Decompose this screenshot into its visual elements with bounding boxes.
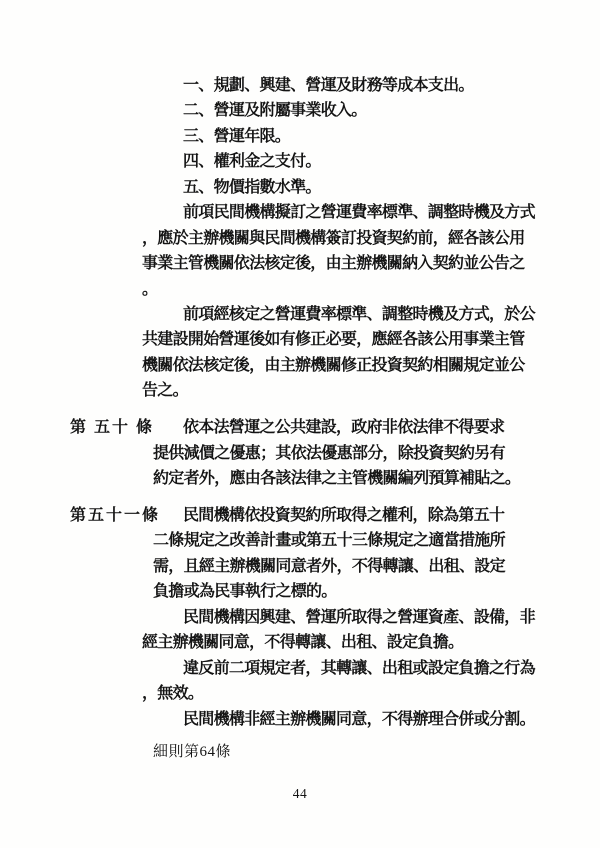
document-page: 一、規劃、興建、營運及財務等成本支出。二、營運及附屬事業收入。三、營運年限。四、… — [0, 0, 600, 848]
document-text-flow: 一、規劃、興建、營運及財務等成本支出。二、營運及附屬事業收入。三、營運年限。四、… — [0, 73, 600, 765]
paragraph-first-line: 前項民間機構擬訂之營運費率標準、調整時機及方式 — [0, 200, 600, 225]
article-wrap-line: 二條規定之改善計畫或第五十三條規定之適當措施所 — [0, 528, 600, 553]
article-first-line: 第 五十 條依本法營運之公共建設，政府非依法律不得要求 — [0, 415, 600, 440]
line-text: 提供減價之優惠；其依法優惠部分，除投資契約另有 — [153, 445, 505, 462]
article-number: 第五十一條 — [70, 503, 160, 528]
paragraph-wrap-line: 機關依法核定後，由主辦機關修正投資契約相關規定並公 — [0, 353, 600, 378]
line-text: ，應於主辦機關與民間機構簽訂投資契約前，經各該公用 — [142, 230, 525, 247]
line-text: 。 — [142, 281, 157, 298]
line-text: 機關依法核定後，由主辦機關修正投資契約相關規定並公 — [142, 357, 525, 374]
paragraph-wrap-line: 事業主管機關依法核定後，由主辦機關納入契約並公告之 — [0, 251, 600, 276]
page-number: 44 — [0, 786, 600, 801]
line-text: 違反前二項規定者，其轉讓、出租或設定負擔之行為 — [183, 660, 535, 677]
line-text: 四、權利金之支付。 — [183, 153, 321, 170]
article-wrap-line: 負擔或為民事執行之標的。 — [0, 579, 600, 604]
paragraph-wrap-line: 告之。 — [0, 378, 600, 403]
line-text: 民間機構依投資契約所取得之權利，除為第五十 — [183, 507, 504, 524]
line-text: 事業主管機關依法核定後，由主辦機關納入契約並公告之 — [142, 255, 525, 272]
line-text: ，無效。 — [142, 685, 203, 702]
list-item-line: 一、規劃、興建、營運及財務等成本支出。 — [0, 73, 600, 98]
list-item-line: 五、物價指數水準。 — [0, 175, 600, 200]
paragraph-wrap-line: 經主辦機關同意，不得轉讓、出租、設定負擔。 — [0, 630, 600, 655]
line-text: 三、營運年限。 — [183, 128, 290, 145]
line-text: 五、物價指數水準。 — [183, 179, 321, 196]
line-text: 需，且經主辦機關同意者外，不得轉讓、出租、設定 — [153, 558, 505, 575]
paragraph-first-line: 民間機構非經主辦機關同意，不得辦理合併或分割。 — [0, 707, 600, 732]
line-text: 共建設開始營運後如有修正必要，應經各該公用事業主管 — [142, 331, 525, 348]
line-text: 前項經核定之營運費率標準、調整時機及方式，於公 — [183, 306, 535, 323]
line-text: 二條規定之改善計畫或第五十三條規定之適當措施所 — [153, 532, 505, 549]
line-text: 細則第64條 — [153, 744, 231, 760]
line-text: 前項民間機構擬訂之營運費率標準、調整時機及方式 — [183, 204, 535, 221]
line-text: 約定者外，應由各該法律之主管機關編列預算補貼之。 — [153, 470, 520, 487]
paragraph-wrap-line: ，無效。 — [0, 681, 600, 706]
list-item-line: 四、權利金之支付。 — [0, 149, 600, 174]
line-text: 依本法營運之公共建設，政府非依法律不得要求 — [183, 419, 504, 436]
line-text: 負擔或為民事執行之標的。 — [153, 583, 337, 600]
list-item-line: 二、營運及附屬事業收入。 — [0, 98, 600, 123]
line-text: 一、規劃、興建、營運及財務等成本支出。 — [183, 77, 474, 94]
paragraph-wrap-line: 共建設開始營運後如有修正必要，應經各該公用事業主管 — [0, 327, 600, 352]
line-text: 民間機構因興建、營運所取得之營運資產、設備，非 — [183, 609, 535, 626]
paragraph-wrap-line: ，應於主辦機關與民間機構簽訂投資契約前，經各該公用 — [0, 226, 600, 251]
line-text: 二、營運及附屬事業收入。 — [183, 102, 367, 119]
paragraph-first-line: 民間機構因興建、營運所取得之營運資產、設備，非 — [0, 605, 600, 630]
list-item-line: 三、營運年限。 — [0, 124, 600, 149]
article-number: 第 五十 條 — [70, 415, 154, 440]
article-first-line: 第五十一條民間機構依投資契約所取得之權利，除為第五十 — [0, 503, 600, 528]
article-wrap-line: 需，且經主辦機關同意者外，不得轉讓、出租、設定 — [0, 554, 600, 579]
paragraph-first-line: 違反前二項規定者，其轉讓、出租或設定負擔之行為 — [0, 656, 600, 681]
regulation-note-line: 細則第64條 — [0, 740, 600, 765]
paragraph-first-line: 前項經核定之營運費率標準、調整時機及方式，於公 — [0, 302, 600, 327]
article-wrap-line: 約定者外，應由各該法律之主管機關編列預算補貼之。 — [0, 466, 600, 491]
line-text: 經主辦機關同意，不得轉讓、出租、設定負擔。 — [142, 634, 463, 651]
article-wrap-line: 提供減價之優惠；其依法優惠部分，除投資契約另有 — [0, 441, 600, 466]
line-text: 民間機構非經主辦機關同意，不得辦理合併或分割。 — [183, 711, 535, 728]
line-text: 告之。 — [142, 382, 188, 399]
paragraph-wrap-line: 。 — [0, 277, 600, 302]
